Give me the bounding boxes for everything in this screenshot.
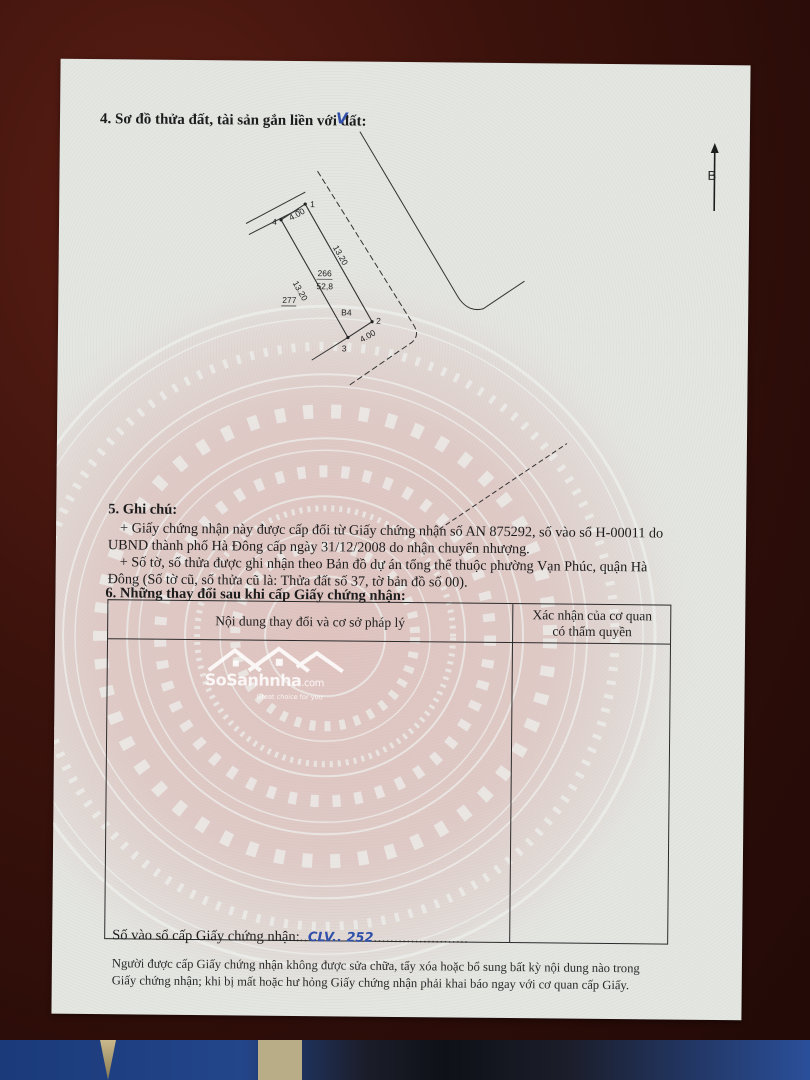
certificate-page: 4. Sơ đồ thửa đất, tài sản gắn liền với … [51, 59, 750, 1021]
authority-confirmation-cell [510, 643, 670, 943]
chair-gap [258, 1040, 302, 1080]
vertex-1: 1 [310, 199, 315, 209]
parcel-diagram: 1 2 3 4 4.00 13.20 13.20 4.00 266 52,8 B… [56, 59, 751, 546]
registry-label: Số vào sổ cấp Giấy chứng nhận: [112, 927, 300, 945]
header-change-content: Nội dung thay đổi và cơ sở pháp lý [108, 612, 512, 632]
changes-table: Nội dung thay đổi và cơ sở pháp lý Xác n… [104, 599, 671, 944]
table-edge-background [0, 1040, 810, 1080]
section-5-title: 5. Ghi chú: [108, 501, 177, 519]
parcel-number: 266 [318, 268, 333, 278]
road-boundary-line [358, 132, 526, 310]
block-label: B4 [341, 307, 352, 317]
change-content-cell [105, 639, 512, 942]
vertex-2: 2 [376, 316, 381, 326]
edge-bottom-length: 4.00 [358, 327, 378, 344]
parcel-area: 52,8 [316, 281, 333, 291]
registry-line: Số vào sổ cấp Giấy chứng nhận:..CLV.. 25… [112, 927, 468, 947]
footer-notice-line-2: Giấy chứng nhận; khi bị mất hoặc hư hỏng… [112, 972, 629, 994]
vertex-4: 4 [272, 217, 277, 227]
neighbor-parcel-number: 277 [282, 295, 297, 305]
north-label: B [707, 168, 716, 183]
chair-gap [100, 1040, 116, 1080]
registry-handwritten-number: CLV.. 252 [308, 930, 374, 946]
vertex-3: 3 [342, 343, 347, 353]
header-authority-confirmation: Xác nhận của cơ quan có thẩm quyền [512, 607, 672, 641]
edge-top-length: 4.00 [287, 206, 307, 223]
